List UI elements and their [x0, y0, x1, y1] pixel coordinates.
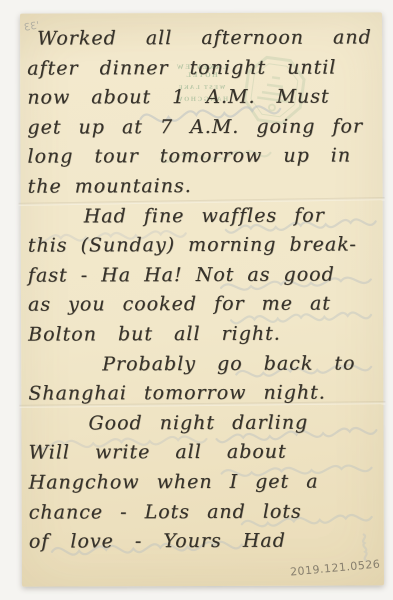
letter-line: now about 1 A.M. Must	[27, 83, 379, 114]
letter-line: after dinner tonight until	[27, 53, 379, 84]
accession-number: 2019.121.0526	[290, 557, 381, 578]
scanned-letter-background: LAKEVIEW HOTEL WEST LAKE HANGCHOW '33 Wo…	[0, 0, 393, 600]
letter-line: fast - Ha Ha! Not as good	[28, 260, 380, 291]
letter-line: Will write all about	[28, 438, 380, 469]
bleedthrough-handwriting	[20, 12, 382, 13]
letter-line: Probably go back to	[28, 349, 380, 380]
letter-line: chance - Lots and lots	[29, 497, 381, 528]
letter-line: long tour tomorrow up in	[27, 142, 379, 173]
letter-line: Had fine waffles for	[28, 201, 380, 232]
letter-paper: LAKEVIEW HOTEL WEST LAKE HANGCHOW '33 Wo…	[20, 12, 384, 586]
letter-line: Worked all afternoon and	[27, 23, 379, 54]
letter-line: Shanghai tomorrow night.	[28, 379, 380, 410]
letter-body: Worked all afternoon and after dinner to…	[27, 23, 381, 557]
letter-line: as you cooked for me at	[28, 290, 380, 321]
letter-line: Bolton but all right.	[28, 319, 380, 350]
letter-line: get up at 7 A.M. going for	[27, 112, 379, 143]
letter-line: the mountains.	[28, 171, 380, 202]
letter-line: of love - Yours Had	[29, 526, 381, 557]
letter-line: Hangchow when I get a	[29, 467, 381, 498]
letter-line: this (Sunday) morning break-	[28, 231, 380, 262]
letter-line: Good night darling	[28, 408, 380, 439]
